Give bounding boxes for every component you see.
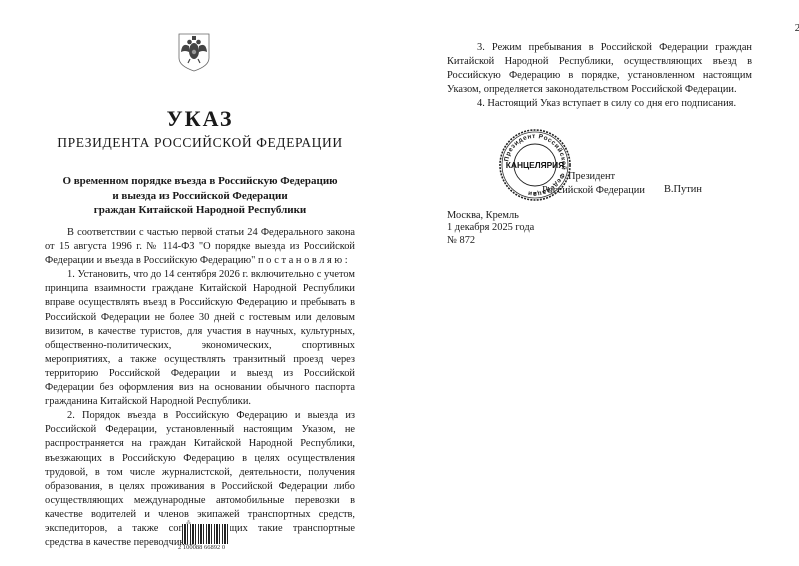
document-subtitle: ПРЕЗИДЕНТА РОССИЙСКОЙ ФЕДЕРАЦИИ	[45, 135, 355, 151]
decree-heading: О временном порядке въезда в Российскую …	[45, 174, 355, 218]
document-page-1: УКАЗ ПРЕЗИДЕНТА РОССИЙСКОЙ ФЕДЕРАЦИИ О в…	[0, 0, 400, 566]
signer-name: В.Путин	[664, 184, 702, 195]
heading-line: О временном порядке въезда в Российскую …	[45, 174, 355, 189]
document-title: УКАЗ	[45, 106, 355, 132]
heading-line: граждан Китайской Народной Республики	[45, 203, 355, 218]
place-date-block: Москва, Кремль 1 декабря 2025 года № 872	[447, 210, 534, 247]
stamp-center-text: КАНЦЕЛЯРИЯ	[506, 160, 564, 170]
preamble-verb: постановляю:	[258, 255, 350, 266]
heading-line: и выезда из Российской Федерации	[45, 189, 355, 204]
signature-title-line2: Российской Федерации	[542, 184, 645, 198]
document-page-2: 2 3. Режим пребывания в Российской Федер…	[400, 0, 799, 566]
preamble-paragraph: В соответствии с частью первой статьи 24…	[45, 226, 355, 268]
place: Москва, Кремль	[447, 210, 534, 222]
decree-body: В соответствии с частью первой статьи 24…	[45, 226, 355, 550]
item-3-paragraph: 3. Режим пребывания в Российской Федерац…	[447, 41, 752, 97]
signature-title-line1: Президент	[568, 170, 645, 184]
signature-block: Президент Российской Федерации	[568, 170, 645, 197]
barcode: ⁂ 2 100088 66892 0	[178, 520, 238, 554]
decree-body-continued: 3. Режим пребывания в Российской Федерац…	[447, 41, 752, 111]
decree-number: № 872	[447, 235, 534, 247]
barcode-number: 2 100088 66892 0	[178, 544, 225, 551]
page-number-container: 2	[400, 22, 799, 34]
stamp-number: 5	[533, 192, 536, 198]
item-1-paragraph: 1. Установить, что до 14 сентября 2026 г…	[45, 268, 355, 409]
coat-of-arms-icon	[176, 32, 212, 72]
page-number: 2	[795, 22, 799, 34]
item-4-paragraph: 4. Настоящий Указ вступает в силу со дня…	[447, 97, 752, 111]
date: 1 декабря 2025 года	[447, 222, 534, 234]
barcode-icon	[182, 524, 230, 544]
